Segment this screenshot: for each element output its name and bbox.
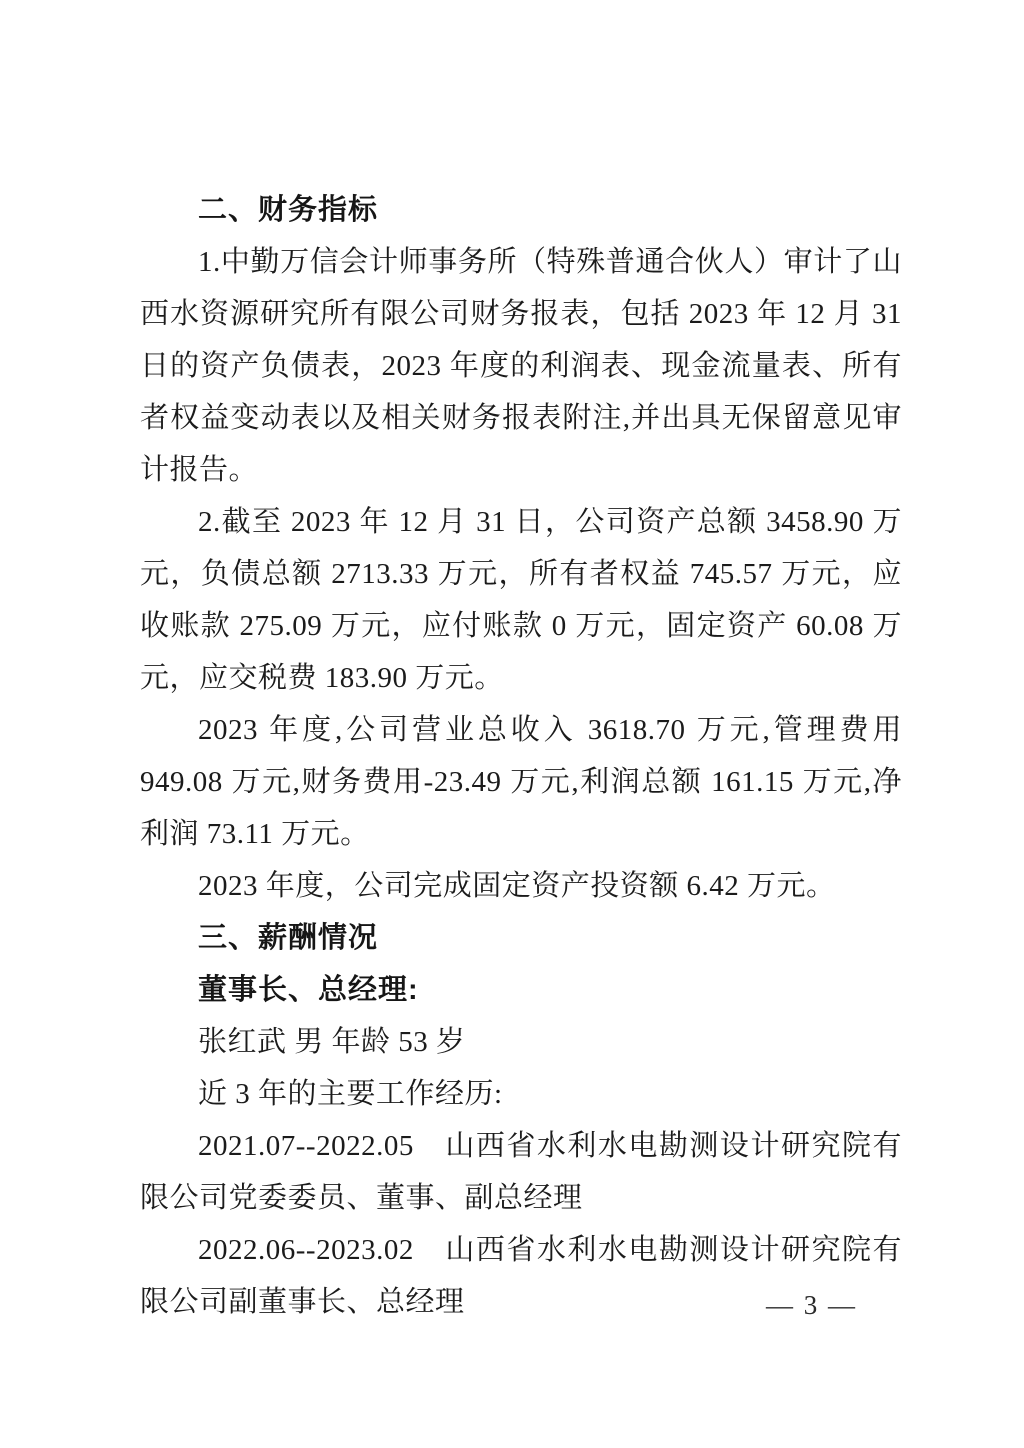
para-work-history-title: 近 3 年的主要工作经历:: [140, 1068, 902, 1120]
document-page: 二、财务指标 1.中勤万信会计师事务所（特殊普通合伙人）审计了山西水资源研究所有…: [0, 0, 1024, 1448]
para-fixed-asset-investment: 2023 年度，公司完成固定资产投资额 6.42 万元。: [140, 860, 902, 912]
para-balance-sheet-figures: 2.截至 2023 年 12 月 31 日，公司资产总额 3458.90 万元，…: [140, 496, 902, 704]
page-number: — 3 —: [766, 1288, 857, 1322]
para-income-figures: 2023 年度,公司营业总收入 3618.70 万元,管理费用 949.08 万…: [140, 704, 902, 860]
para-audit-statement: 1.中勤万信会计师事务所（特殊普通合伙人）审计了山西水资源研究所有限公司财务报表…: [140, 236, 902, 496]
heading-compensation: 三、薪酬情况: [140, 912, 902, 964]
label-chairman-general-manager: 董事长、总经理:: [140, 964, 902, 1016]
heading-financial-indicators: 二、财务指标: [140, 184, 902, 236]
document-body: 二、财务指标 1.中勤万信会计师事务所（特殊普通合伙人）审计了山西水资源研究所有…: [140, 184, 902, 1328]
para-person-name-age: 张红武 男 年龄 53 岁: [140, 1016, 902, 1068]
para-work-history-2021: 2021.07--2022.05 山西省水利水电勘测设计研究院有限公司党委委员、…: [140, 1120, 902, 1224]
